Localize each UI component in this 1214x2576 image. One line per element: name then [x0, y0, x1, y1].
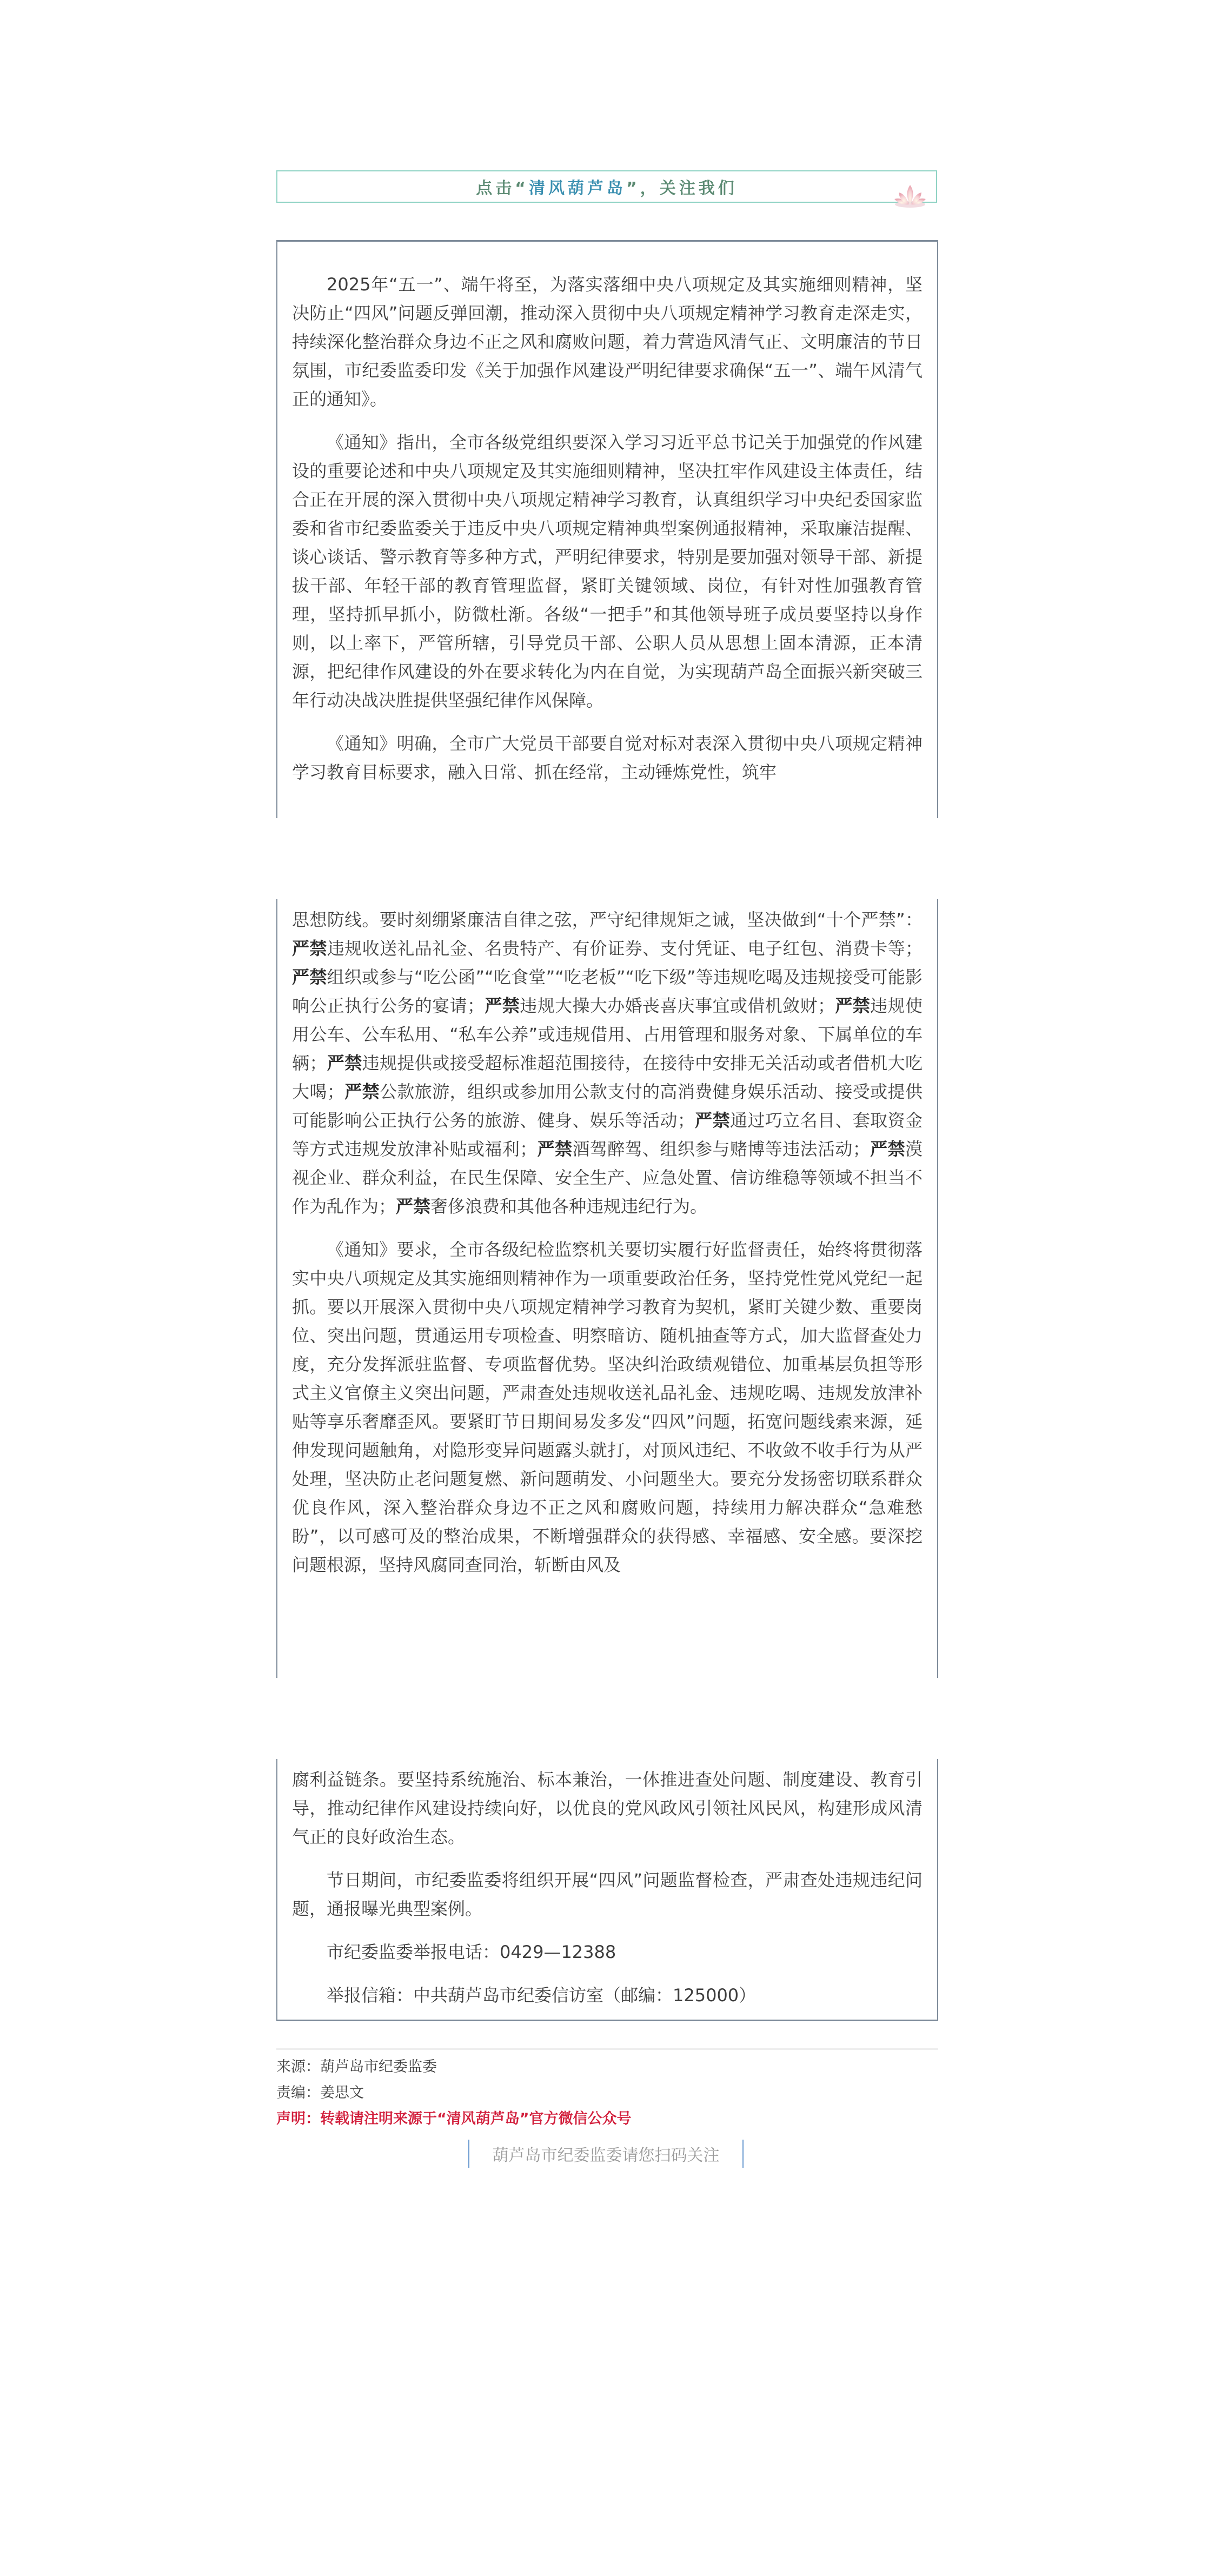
ban-item: 违规大操大办婚丧喜庆事宜或借机敛财； — [520, 995, 835, 1016]
footer-divider — [276, 2048, 938, 2050]
banner-text: 点击“清风葫芦岛”，关注我们 — [476, 175, 737, 198]
ban-item: 奢侈浪费和其他各种违规违纪行为。 — [430, 1196, 707, 1217]
paragraph-notice-points: 《通知》指出，全市各级党组织要深入学习习近平总书记关于加强党的作风建设的重要论述… — [292, 428, 923, 715]
paragraph-requires-continued: 腐利益链条。要坚持系统施治、标本兼治，一体推进查处问题、制度建设、教育引导，推动… — [292, 1765, 923, 1851]
reprint-statement: 声明：转载请注明来源于“清风葫芦岛”官方微信公众号 — [276, 2107, 632, 2128]
ban-keyword: 严禁 — [396, 1196, 430, 1217]
article-section-2: 思想防线。要时刻绷紧廉洁自律之弦，严守纪律规矩之诫，坚决做到“十个严禁”：严禁违… — [276, 899, 938, 1678]
ban-keyword: 严禁 — [870, 1139, 905, 1159]
editor-line: 责编：姜思文 — [276, 2081, 364, 2102]
banner-suffix: ”，关注我们 — [626, 179, 738, 198]
ban-item: 酒驾醉驾、组织参与赌博等违法活动； — [572, 1139, 870, 1159]
source-line: 来源：葫芦岛市纪委监委 — [276, 2055, 437, 2076]
paragraph-notice-requires: 《通知》要求，全市各级纪检监察机关要切实履行好监督责任，始终将贯彻落实中央八项规… — [292, 1236, 923, 1579]
article-section-1: 2025年“五一”、端午将至，为落实落细中央八项规定及其实施细则精神，坚决防止“… — [276, 240, 938, 818]
report-hotline: 市纪委监委举报电话：0429—12388 — [292, 1938, 923, 1967]
ban-keyword: 严禁 — [537, 1139, 572, 1159]
article-section-3: 腐利益链条。要坚持系统施治、标本兼治，一体推进查处问题、制度建设、教育引导，推动… — [276, 1759, 938, 2021]
ban-keyword: 严禁 — [292, 938, 327, 959]
banner-prefix: 点击“ — [476, 179, 529, 198]
banner-account-name: 清风葫芦岛 — [529, 179, 626, 198]
follow-banner[interactable]: 点击“清风葫芦岛”，关注我们 — [276, 170, 937, 203]
paragraph-notice-clarifies: 《通知》明确，全市广大党员干部要自觉对标对表深入贯彻中央八项规定精神学习教育目标… — [292, 729, 923, 787]
paragraph-intro: 2025年“五一”、端午将至，为落实落细中央八项规定及其实施细则精神，坚决防止“… — [292, 270, 923, 414]
ban-keyword: 严禁 — [344, 1081, 380, 1102]
ban-keyword: 严禁 — [327, 1053, 362, 1073]
ban-item: 违规收送礼品礼金、名贵特产、有价证券、支付凭证、电子红包、消费卡等； — [327, 938, 923, 959]
qr-follow-caption: 葫芦岛市纪委监委请您扫码关注 — [468, 2140, 744, 2168]
paragraph-ten-bans: 思想防线。要时刻绷紧廉洁自律之弦，严守纪律规矩之诫，坚决做到“十个严禁”：严禁违… — [292, 906, 923, 1221]
paragraph-holiday-inspection: 节日期间，市纪委监委将组织开展“四风”问题监督检查，严肃查处违规违纪问题，通报曝… — [292, 1866, 923, 1923]
lotus-icon — [892, 183, 928, 209]
report-mailbox: 举报信箱：中共葫芦岛市纪委信访室（邮编：125000） — [292, 1981, 923, 2010]
ban-keyword: 严禁 — [485, 995, 520, 1016]
ban-keyword: 严禁 — [292, 967, 327, 987]
ban-keyword: 严禁 — [695, 1110, 730, 1131]
ten-bans-intro: 思想防线。要时刻绷紧廉洁自律之弦，严守纪律规矩之诫，坚决做到“十个严禁”： — [292, 909, 923, 930]
ban-keyword: 严禁 — [835, 995, 870, 1016]
